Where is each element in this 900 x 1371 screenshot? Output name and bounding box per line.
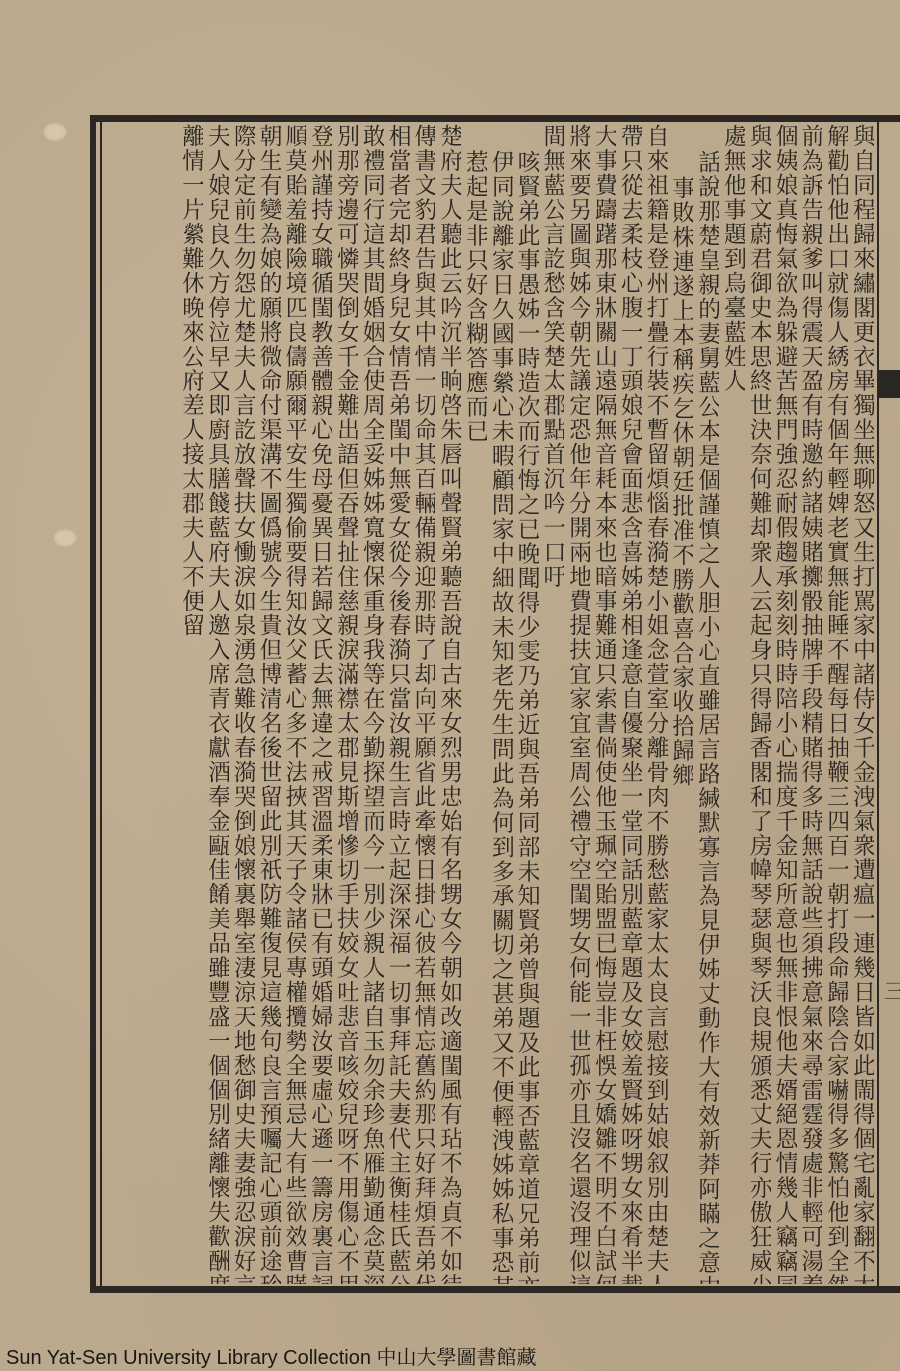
text-column: 自來祖籍是登州打疊行裝不暫留煩惱春漪楚小姐念萱室分離骨肉不勝愁藍家太太良言慰接到… — [642, 124, 668, 1284]
text-column: 伊同說離家日久國事縈心未暇顧問家中細故未知老先生問此為何到多承關切之甚弟又不便輕… — [487, 124, 513, 1284]
text-column: 惹起是非只好含糊答應而已 — [461, 124, 487, 1284]
text-column: 咳賢弟此事愚姊一時造次而行悔之已晚聞得少雯乃弟近與吾弟同部未知賢弟曾與題及此事否… — [513, 124, 539, 1284]
folio-number-mark: 三 — [884, 975, 900, 1006]
text-column: 際分定前生勿怨尤楚夫人言訖放聲扶女慟淚如泉湧急難收春漪哭倒娘懷裏舉室淒涼天地愁御… — [229, 124, 255, 1284]
binding-hole-middle — [52, 528, 78, 548]
text-column: 帶只從去柔枝心腹一丁頭娘兒會面悲含喜姊弟相逢意自優聚坐一堂同話別藍章題及女姣羞賢… — [616, 124, 642, 1284]
text-column: 敢禮同行這其間婚姻合使周全妥姊姊寬懷保重身我等在今勤探望而今一別少親人諸自玉勿余… — [358, 124, 384, 1284]
binding-hole-top — [42, 122, 68, 142]
text-column: 與自同程歸來繡閣更衣畢獨坐無聊怒又生打駡家中諸侍女千金洩氣衆遭瘟一連幾日皆如此閙… — [848, 124, 874, 1284]
fish-tail-mark — [879, 370, 900, 398]
text-column: 話說那楚皇親的妻舅藍公本是個謹慎之人胆小心直雖居言路緘默寡言為見伊姊丈動作大有效… — [693, 124, 719, 1284]
vertical-text-body: 與自同程歸來繡閣更衣畢獨坐無聊怒又生打駡家中諸侍女千金洩氣衆遭瘟一連幾日皆如此閙… — [106, 124, 874, 1284]
text-column: 別那旁邊可憐哭倒女千金難出語但吞聲扯住慈親淚滿襟太郡見斯增慘切手扶姣女吐悲音咳姣… — [332, 124, 358, 1284]
text-column: 將來要另圖與姊今朝先議定恐他年分開兩地費提扶宜家宜室周公禮守空閨甥女何能一世孤亦… — [564, 124, 590, 1284]
text-column: 登州謹持女職循閨教善體親心免母憂異日若歸文氏去無違之戒習溫柔東牀已有頭婚婦汝要虛… — [306, 124, 332, 1284]
text-column: 前為訴告親爹叫得震天盈有時邀約諸姨賭擲骰抽牌手段精賭得多時無話說些須拂意氣來尋雷… — [797, 124, 823, 1284]
text-column: 間無藍公言訖愁含笑楚太郡點首沉吟一口吁 — [539, 124, 565, 1284]
center-fold-rule — [877, 122, 879, 1286]
text-column: 與求和文蔚君御史本思終世決奈何難却衆人云起身只得歸香閣和了房幃琴瑟與琴沃良規頒悉… — [745, 124, 771, 1284]
library-watermark: Sun Yat-Sen University Library Collectio… — [6, 1341, 537, 1370]
text-column: 楚府夫人聽此云吟沉半晌啓朱唇叫聲賢弟聽吾說自古來女烈男忠始有名甥女今朝如改適閨風… — [435, 124, 461, 1284]
text-column: 相當者完却終身兒女情吾弟閨中無愛女從今後春漪只當汝親生言時立起深深福一切事拜託夫… — [384, 124, 410, 1284]
text-column: 解勸怕他出口就傷人綉房有個年輕婢老實無能睡不醒每日抽鞭三四百一朝打段命歸陰合家嚇… — [822, 124, 848, 1284]
text-column: 事敗株連遂上本稱疾乞休朝廷批准不勝歡喜合家收拾歸鄉 — [668, 124, 694, 1284]
text-column: 離情一片縈難休晚來公府差人接太郡夫人不便留 — [177, 124, 203, 1284]
text-column: 順莫貽羞離險境匹良儔願爾平安生獨偷要得知汝父蓄心多不法挾其天子令諸侯專權攬勢全無… — [281, 124, 307, 1284]
text-column: 個姨娘真悔氣欲為躲避苦無門強忍耐假趨承刻刻時時陪小心揣度千金知所意也無非恨他夫婿… — [771, 124, 797, 1284]
text-column: 傳書文豹君告與其中情一切命其百輛備親迎那時了却向平願省此牽懷日掛心彼若無情忘舊約… — [410, 124, 436, 1284]
text-column: 夫人娘兒良久方停泣早又即廚具膳餞藍府夫人邀入席青衣獻酒奉金甌佳餚美品雖豐盛一個個… — [203, 124, 229, 1284]
text-column: 朝生有變為娘的願將微命付渠溝不圖僞號今生貴但博清名後世留此別祇防難復見這幾句良言… — [255, 124, 281, 1284]
frame-inner-rule — [100, 122, 102, 1286]
text-column: 處無他事題到烏臺藍姓人 — [719, 124, 745, 1284]
text-column: 大事費躊躇那東牀關山遠隔無音耗本來也暗事難通只索書倘使他玉珮空貽盟已悔豈非枉悞女… — [590, 124, 616, 1284]
